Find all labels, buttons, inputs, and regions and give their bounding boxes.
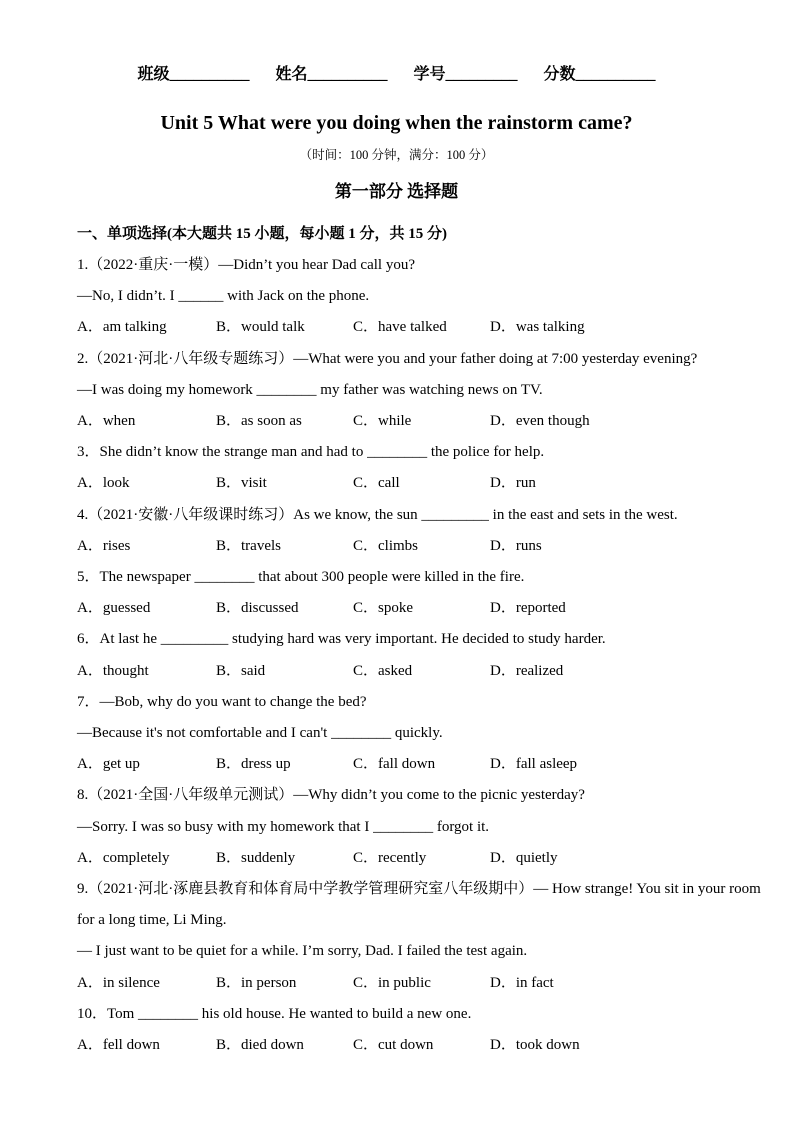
option-item: D．run <box>490 468 733 499</box>
option-item: C．in public <box>353 968 490 999</box>
option-item: B．suddenly <box>216 843 353 874</box>
question-block: 6．At last he _________ studying hard was… <box>77 624 733 686</box>
option-item: A．look <box>77 468 216 499</box>
question-line: 1.（2022·重庆·一模）—Didn’t you hear Dad call … <box>77 250 733 281</box>
question-line: 6．At last he _________ studying hard was… <box>77 624 733 655</box>
question-line: 5．The newspaper ________ that about 300 … <box>77 562 733 593</box>
questions-section: 一、单项选择(本大题共 15 小题，每小题 1 分，共 15 分) 1.（202… <box>77 219 733 1061</box>
options-row: A．whenB．as soon asC．whileD．even though <box>77 406 733 437</box>
student-info-field: 学号_________ <box>414 63 518 87</box>
question-line: —Sorry. I was so busy with my homework t… <box>77 812 733 843</box>
exam-page: 班级__________姓名__________学号_________分数___… <box>0 0 793 1122</box>
question-line: 9.（2021·河北·涿鹿县教育和体育局中学教学管理研究室八年级期中）— How… <box>77 874 733 905</box>
question-block: 1.（2022·重庆·一模）—Didn’t you hear Dad call … <box>77 250 733 344</box>
option-item: C．asked <box>353 656 490 687</box>
section-heading: 一、单项选择(本大题共 15 小题，每小题 1 分，共 15 分) <box>77 219 733 250</box>
question-block: 10．Tom ________ his old house. He wanted… <box>77 999 733 1061</box>
question-block: 5．The newspaper ________ that about 300 … <box>77 562 733 624</box>
doc-subtitle: （时间：100 分钟，满分：100 分） <box>0 145 793 165</box>
option-item: C．have talked <box>353 312 490 343</box>
part-heading: 第一部分 选择题 <box>0 179 793 205</box>
option-item: A．in silence <box>77 968 216 999</box>
question-block: 4.（2021·安徽·八年级课时练习）As we know, the sun _… <box>77 500 733 562</box>
student-info-header: 班级__________姓名__________学号_________分数___… <box>0 0 793 87</box>
option-item: A．get up <box>77 749 216 780</box>
option-item: B．discussed <box>216 593 353 624</box>
question-line: 10．Tom ________ his old house. He wanted… <box>77 999 733 1030</box>
option-item: B．visit <box>216 468 353 499</box>
student-info-field: 班级__________ <box>137 63 249 87</box>
question-line: 2.（2021·河北·八年级专题练习）—What were you and yo… <box>77 344 733 375</box>
options-row: A．get upB．dress upC．fall downD．fall asle… <box>77 749 733 780</box>
options-row: A．risesB．travelsC．climbsD．runs <box>77 531 733 562</box>
option-item: D．even though <box>490 406 733 437</box>
question-line: 3．She didn’t know the strange man and ha… <box>77 437 733 468</box>
option-item: C．recently <box>353 843 490 874</box>
option-item: D．was talking <box>490 312 733 343</box>
option-item: D．reported <box>490 593 733 624</box>
options-row: A．guessedB．discussedC．spokeD．reported <box>77 593 733 624</box>
options-row: A．am talkingB．would talkC．have talkedD．w… <box>77 312 733 343</box>
question-block: 9.（2021·河北·涿鹿县教育和体育局中学教学管理研究室八年级期中）— How… <box>77 874 733 999</box>
option-item: D．in fact <box>490 968 733 999</box>
question-block: 3．She didn’t know the strange man and ha… <box>77 437 733 499</box>
option-item: A．thought <box>77 656 216 687</box>
option-item: D．quietly <box>490 843 733 874</box>
question-line: 8.（2021·全国·八年级单元测试）—Why didn’t you come … <box>77 780 733 811</box>
option-item: A．guessed <box>77 593 216 624</box>
question-block: 2.（2021·河北·八年级专题练习）—What were you and yo… <box>77 344 733 438</box>
option-item: C．call <box>353 468 490 499</box>
option-item: D．took down <box>490 1030 733 1061</box>
option-item: C．spoke <box>353 593 490 624</box>
option-item: D．realized <box>490 656 733 687</box>
option-item: C．fall down <box>353 749 490 780</box>
question-block: 8.（2021·全国·八年级单元测试）—Why didn’t you come … <box>77 780 733 874</box>
option-item: A．completely <box>77 843 216 874</box>
question-block: 7．—Bob, why do you want to change the be… <box>77 687 733 781</box>
options-row: A．thoughtB．saidC．askedD．realized <box>77 656 733 687</box>
option-item: B．travels <box>216 531 353 562</box>
option-item: C．cut down <box>353 1030 490 1061</box>
option-item: B．would talk <box>216 312 353 343</box>
options-row: A．lookB．visitC．callD．run <box>77 468 733 499</box>
questions-list: 1.（2022·重庆·一模）—Didn’t you hear Dad call … <box>77 250 733 1061</box>
question-line: —Because it's not comfortable and I can'… <box>77 718 733 749</box>
student-info-field: 分数__________ <box>544 63 656 87</box>
option-item: D．runs <box>490 531 733 562</box>
option-item: A．when <box>77 406 216 437</box>
question-line: 7．—Bob, why do you want to change the be… <box>77 687 733 718</box>
option-item: A．rises <box>77 531 216 562</box>
doc-title: Unit 5 What were you doing when the rain… <box>0 109 793 137</box>
student-info-field: 姓名__________ <box>275 63 387 87</box>
question-line: —I was doing my homework ________ my fat… <box>77 375 733 406</box>
question-line: —No, I didn’t. I ______ with Jack on the… <box>77 281 733 312</box>
option-item: D．fall asleep <box>490 749 733 780</box>
options-row: A．in silenceB．in personC．in publicD．in f… <box>77 968 733 999</box>
option-item: B．dress up <box>216 749 353 780</box>
option-item: A．am talking <box>77 312 216 343</box>
question-line: for a long time, Li Ming. <box>77 905 733 936</box>
question-line: — I just want to be quiet for a while. I… <box>77 936 733 967</box>
option-item: B．as soon as <box>216 406 353 437</box>
question-line: 4.（2021·安徽·八年级课时练习）As we know, the sun _… <box>77 500 733 531</box>
options-row: A．completelyB．suddenlyC．recentlyD．quietl… <box>77 843 733 874</box>
option-item: C．climbs <box>353 531 490 562</box>
option-item: C．while <box>353 406 490 437</box>
option-item: B．in person <box>216 968 353 999</box>
option-item: B．died down <box>216 1030 353 1061</box>
option-item: A．fell down <box>77 1030 216 1061</box>
options-row: A．fell downB．died downC．cut downD．took d… <box>77 1030 733 1061</box>
option-item: B．said <box>216 656 353 687</box>
